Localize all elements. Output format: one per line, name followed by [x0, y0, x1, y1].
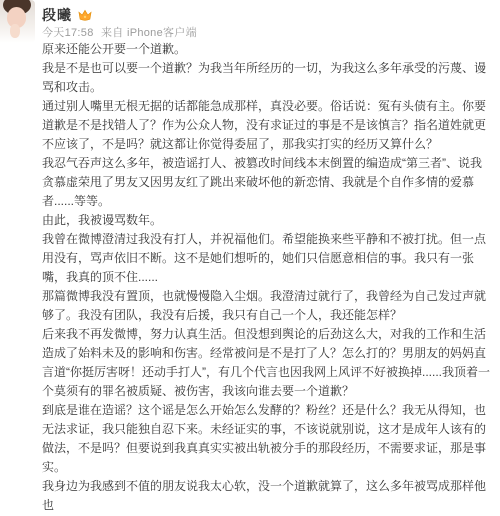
source-label: 来自 iPhone客户端 [101, 27, 197, 39]
avatar-hand [10, 24, 20, 38]
timestamp: 今天17:58 [42, 27, 94, 39]
post-header: 段曦 [42, 5, 93, 25]
post-meta: 今天17:58 来自 iPhone客户端 [42, 24, 201, 40]
post-text: 原来还能公开要一个道歉。 我是不是也可以要一个道歉？为我当年所经历的一切，为我这… [42, 40, 493, 515]
username[interactable]: 段曦 [42, 5, 72, 25]
weibo-post-card: 段曦 今天17:58 来自 iPhone客户端 原来还能公开要一个道歉。 我是不… [0, 0, 500, 516]
membership-crown-icon[interactable] [77, 8, 93, 23]
avatar[interactable] [0, 0, 35, 43]
